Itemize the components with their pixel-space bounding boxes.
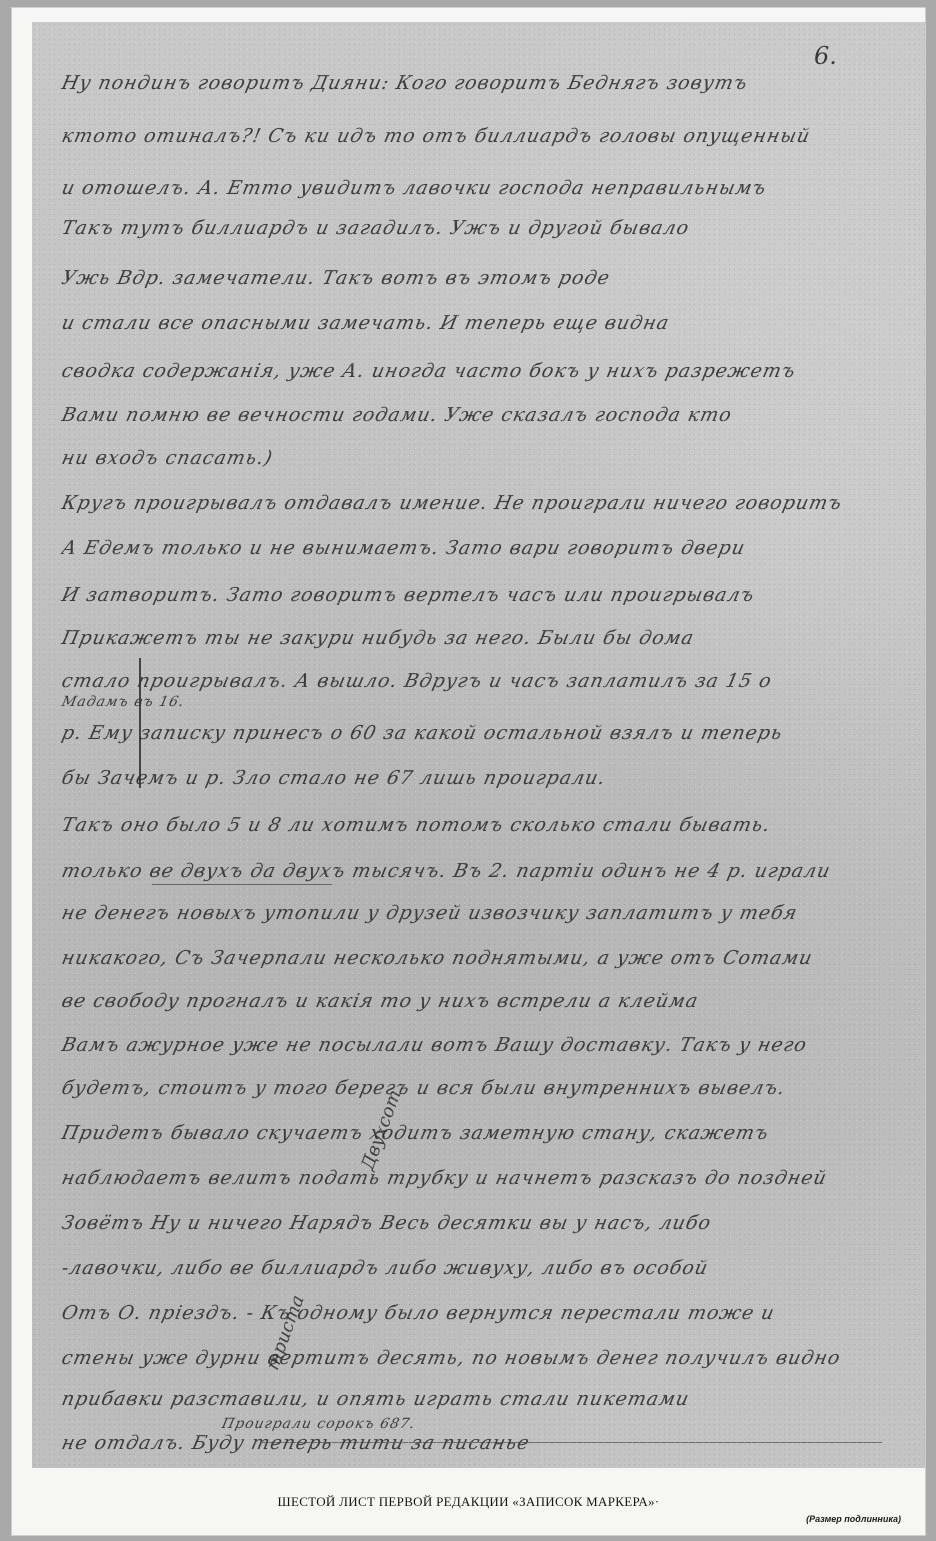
handwritten-line: ве свободу прогналъ и какія то у нихъ вс…	[60, 990, 915, 1012]
printed-page-mount: 6. Ну пондинъ говоритъ Дияни: Кого говор…	[12, 8, 925, 1535]
handwritten-line: Прикажетъ ты не закури нибудь за него. Б…	[60, 627, 915, 649]
handwritten-line: только ве двухъ да двухъ тысячъ. Въ 2. п…	[60, 860, 915, 882]
handwritten-line: Мадамъ въ 16.	[60, 694, 913, 710]
handwritten-line: Ну пондинъ говоритъ Дияни: Кого говоритъ…	[60, 72, 915, 94]
handwritten-line: ни входъ спасать.)	[60, 447, 915, 469]
margin-vertical-rule	[139, 658, 141, 788]
handwritten-line: и стали все опасными замечать. И теперь …	[60, 312, 915, 334]
strikethrough-mark	[152, 884, 332, 885]
handwritten-line: не отдалъ. Буду теперь тити за писанье	[60, 1432, 915, 1454]
handwritten-line: р. Ему записку принесъ о 60 за какой ост…	[60, 722, 915, 744]
handwritten-line: И затворитъ. Зато говоритъ вертелъ часъ …	[60, 584, 915, 606]
handwritten-line: ктото отиналъ?! Съ ки идъ то отъ биллиар…	[60, 125, 915, 147]
handwritten-line: прибавки разставили, и опять играть стал…	[60, 1388, 915, 1410]
figure-caption: ШЕСТОЙ ЛИСТ ПЕРВОЙ РЕДАКЦИИ «ЗАПИСОК МАР…	[12, 1494, 925, 1510]
handwritten-line: Проиграли сорокъ 687.	[220, 1416, 925, 1432]
manuscript-page-number: 6.	[814, 42, 837, 70]
handwritten-line: стало проигрывалъ. А вышло. Вдругъ и час…	[60, 670, 915, 692]
handwritten-line: Такъ тутъ биллиардъ и загадилъ. Ужъ и др…	[60, 217, 915, 239]
handwritten-line: Такъ оно было 5 и 8 ли хотимъ потомъ ско…	[60, 814, 915, 836]
handwritten-line: наблюдаетъ велитъ подать трубку и начнет…	[60, 1167, 915, 1189]
handwritten-line: Отъ О. пріездъ. - Къ одному было вернутс…	[60, 1302, 915, 1324]
handwritten-line: будетъ, стоитъ у того берегъ и вся были …	[60, 1077, 915, 1099]
handwritten-line: сводка содержанія, уже А. иногда часто б…	[60, 360, 915, 382]
manuscript-photograph: 6. Ну пондинъ говоритъ Дияни: Кого говор…	[32, 22, 925, 1468]
handwritten-line: -лавочки, либо ве биллиардъ либо живуху,…	[60, 1257, 915, 1279]
handwritten-line: никакого, Съ Зачерпали несколько подняты…	[60, 947, 915, 969]
handwritten-line: Зовётъ Ну и ничего Нарядъ Весь десятки в…	[60, 1212, 915, 1234]
handwritten-line: Ужь Вдр. замечатели. Такъ вотъ въ этомъ …	[60, 267, 915, 289]
handwritten-line: Придетъ бывало скучаетъ ходитъ заметную …	[60, 1122, 915, 1144]
handwritten-line: бы Зачемъ и р. Зло стало не 67 лишь прои…	[60, 767, 915, 789]
handwritten-line: и отошелъ. А. Етто увидитъ лавочки госпо…	[60, 177, 915, 199]
handwritten-line: не денегъ новыхъ утопили у друзей извозч…	[60, 902, 915, 924]
original-size-note: (Размер подлинника)	[806, 1514, 901, 1524]
strikethrough-mark	[262, 1442, 882, 1443]
handwritten-line: А Едемъ только и не вынимаетъ. Зато вари…	[60, 537, 915, 559]
handwritten-line: Вамъ ажурное уже не посылали вотъ Вашу д…	[60, 1034, 915, 1056]
handwritten-line: Кругъ проигрывалъ отдавалъ имение. Не пр…	[60, 492, 915, 514]
handwritten-line: Вами помню ве вечности годами. Уже сказа…	[60, 404, 915, 426]
handwritten-line: стены уже дурни вертитъ десять, по новым…	[60, 1347, 915, 1369]
